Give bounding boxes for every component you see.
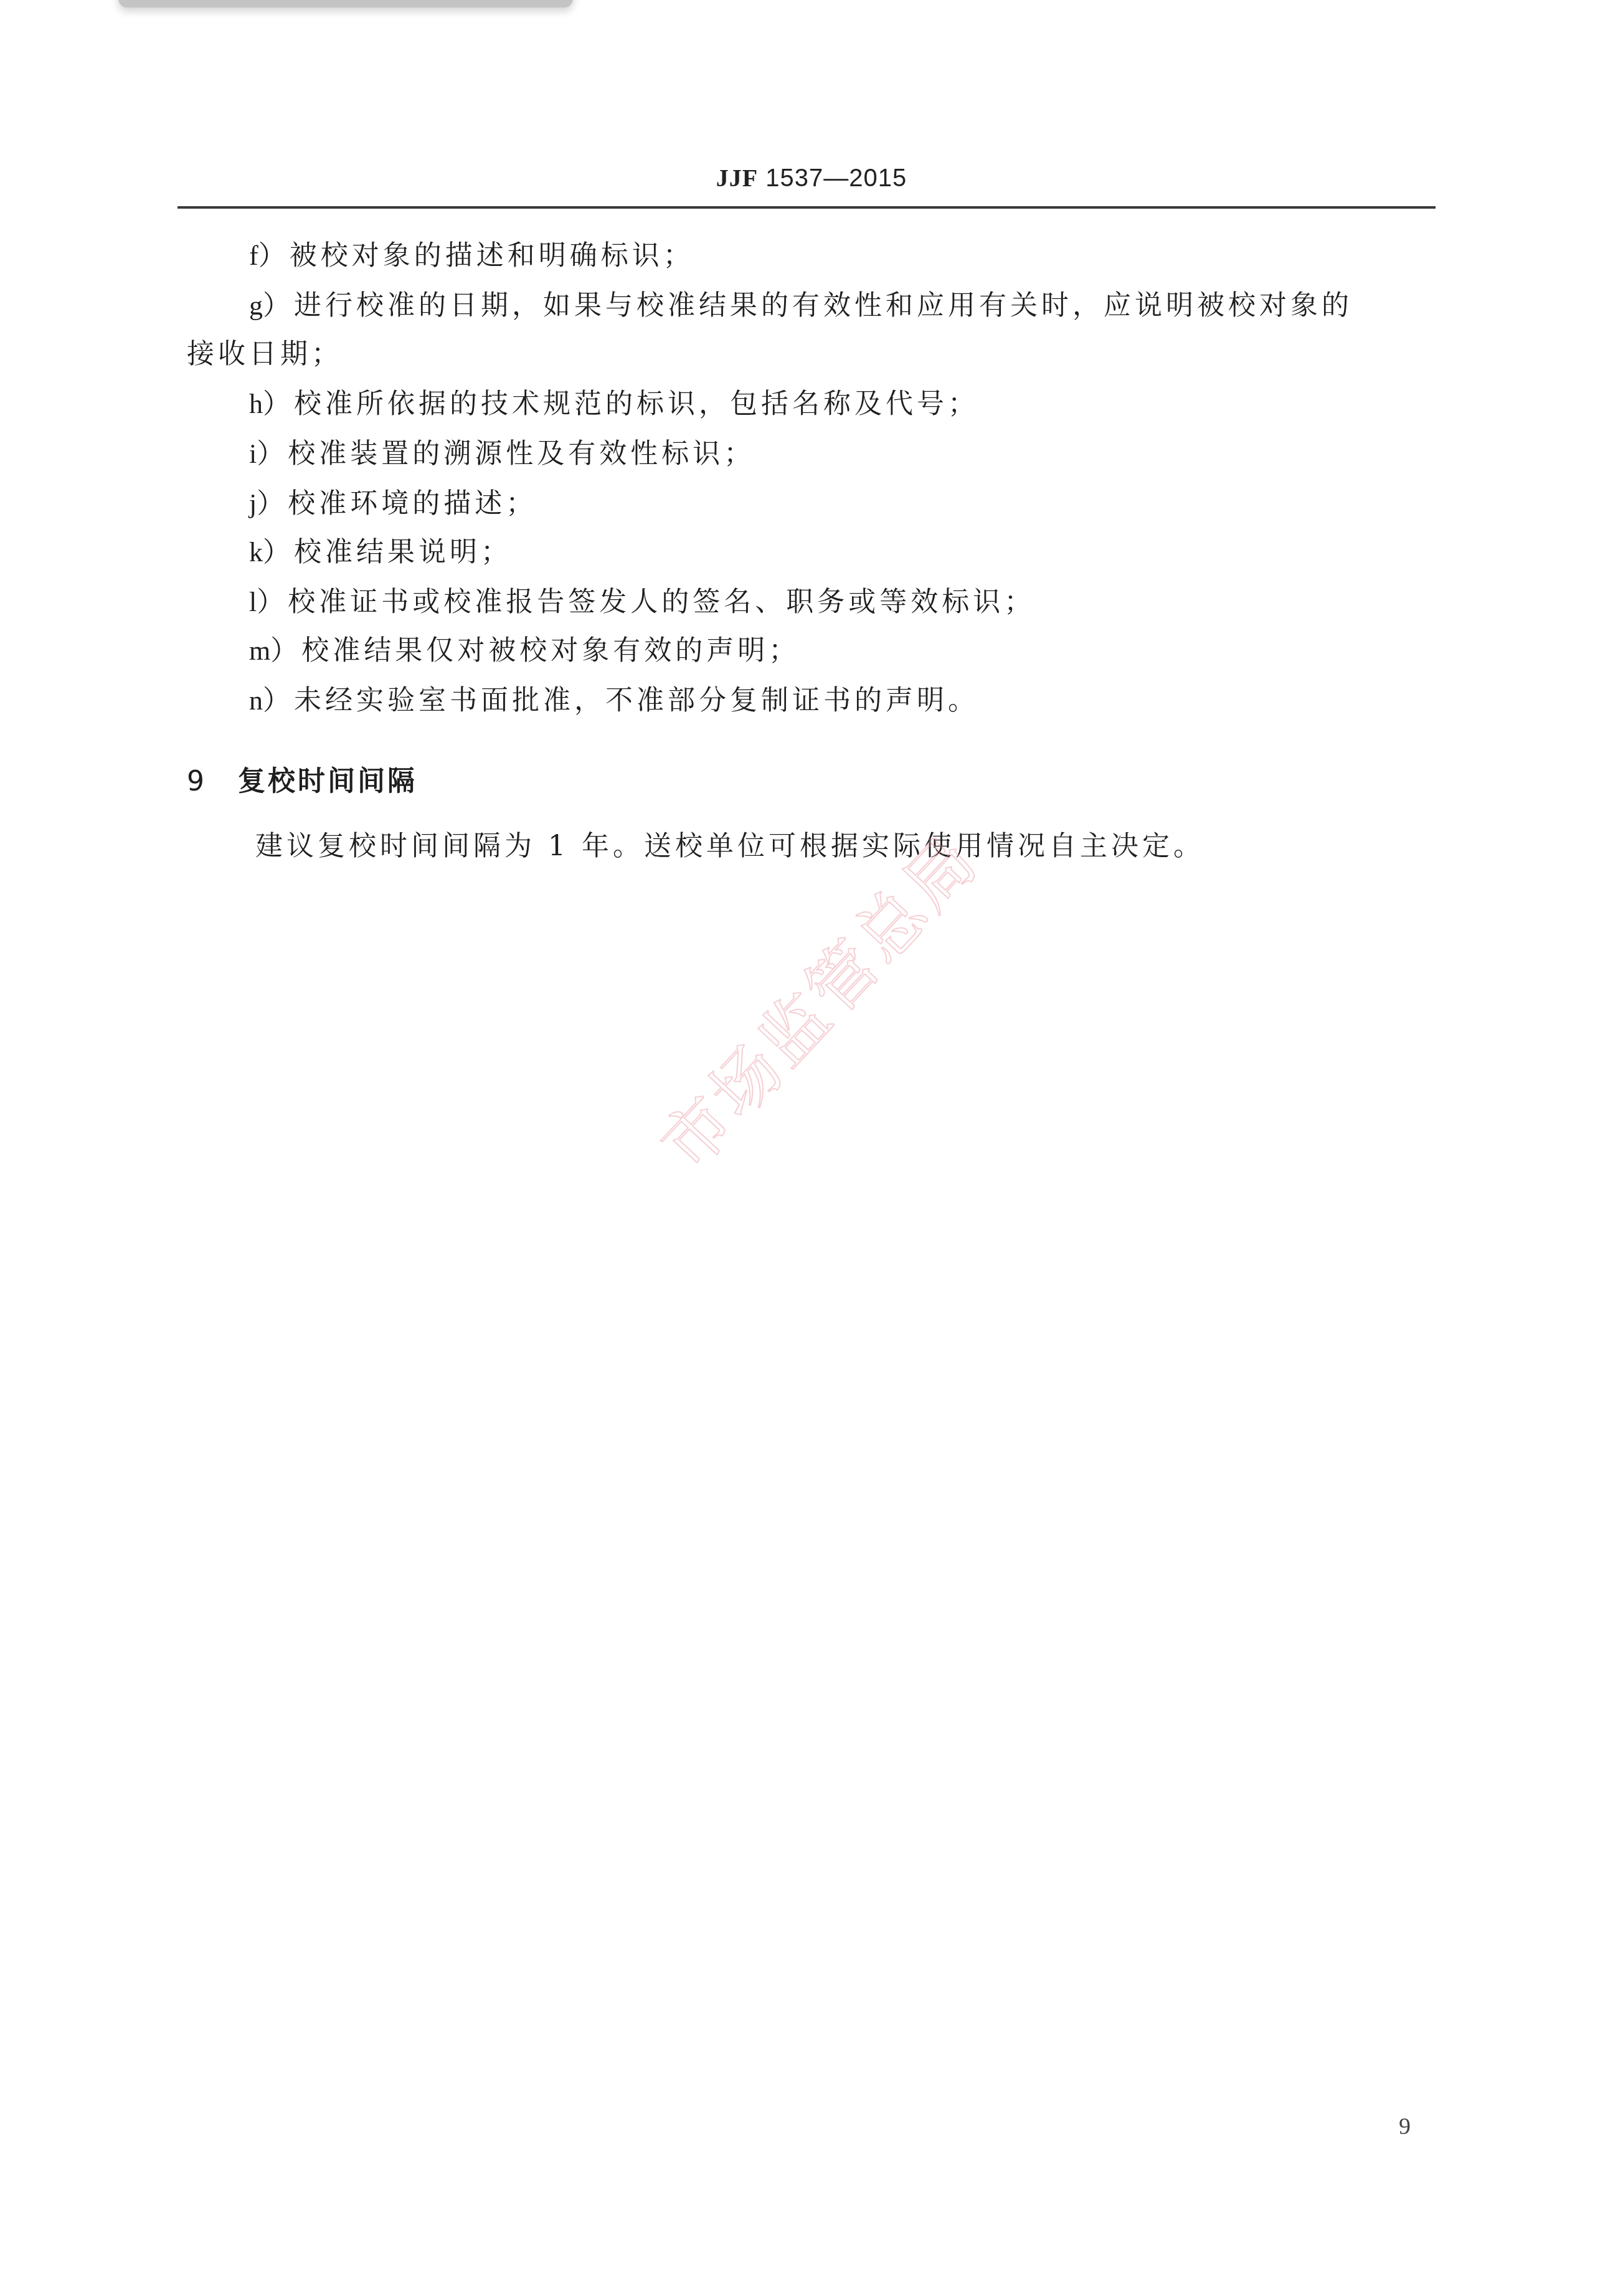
list-item-text: 未经实验室书面批准，不准部分复制证书的声明。 bbox=[294, 685, 979, 716]
section-number: 9 bbox=[187, 766, 207, 797]
standard-number: 1537—2015 bbox=[765, 164, 907, 192]
list-item-text: 被校对象的描述和明确标识； bbox=[290, 240, 694, 272]
list-item-text: 校准证书或校准报告签发人的签名、职务或等效标识； bbox=[288, 586, 1035, 618]
list-item-label: g） bbox=[249, 290, 290, 321]
section-heading: 9复校时间间隔 bbox=[187, 759, 417, 799]
list-item-text: 校准环境的描述； bbox=[288, 488, 537, 519]
list-item-label: n） bbox=[249, 685, 290, 716]
list-item-m: m）校准结果仅对被校对象有效的声明； bbox=[249, 633, 800, 669]
list-item-text: 校准装置的溯源性及有效性标识； bbox=[288, 438, 755, 470]
standard-code-header: JJF 1537—2015 bbox=[0, 163, 1623, 192]
list-item-label: h） bbox=[249, 389, 290, 419]
list-item-g-continuation: 接收日期； bbox=[187, 336, 343, 372]
list-item-l: l）校准证书或校准报告签发人的签名、职务或等效标识； bbox=[249, 584, 1035, 620]
section-title: 复校时间间隔 bbox=[238, 766, 417, 797]
list-item-label: l） bbox=[249, 587, 284, 617]
list-item-label: j） bbox=[249, 488, 284, 519]
section-paragraph: 建议复校时间间隔为 1 年。送校单位可根据实际使用情况自主决定。 bbox=[255, 828, 1204, 865]
list-item-text: 进行校准的日期，如果与校准结果的有效性和应用有关时，应说明被校对象的 bbox=[294, 290, 1353, 321]
list-item-i: i）校准装置的溯源性及有效性标识； bbox=[249, 436, 755, 472]
list-item-text: 校准所依据的技术规范的标识，包括名称及代号； bbox=[294, 388, 979, 420]
list-item-f: f）被校对象的描述和明确标识； bbox=[249, 238, 694, 274]
list-item-text: 校准结果仅对被校对象有效的声明； bbox=[301, 635, 800, 667]
list-item-label: f） bbox=[249, 240, 286, 271]
watermark: 市场监管总局 bbox=[635, 810, 996, 1187]
list-item-g: g）进行校准的日期，如果与校准结果的有效性和应用有关时，应说明被校对象的 bbox=[249, 288, 1353, 324]
list-item-k: k）校准结果说明； bbox=[249, 534, 512, 571]
top-shadow-bar bbox=[118, 0, 573, 7]
list-item-label: i） bbox=[249, 439, 284, 469]
page-number: 9 bbox=[1399, 2113, 1411, 2140]
header-divider bbox=[177, 206, 1436, 209]
standard-prefix: JJF bbox=[716, 164, 758, 192]
list-item-label: k） bbox=[249, 537, 290, 567]
list-item-h: h）校准所依据的技术规范的标识，包括名称及代号； bbox=[249, 386, 979, 422]
list-item-text: 校准结果说明； bbox=[294, 536, 512, 568]
list-item-j: j）校准环境的描述； bbox=[249, 486, 537, 522]
list-item-label: m） bbox=[249, 635, 298, 666]
list-item-n: n）未经实验室书面批准，不准部分复制证书的声明。 bbox=[249, 683, 979, 719]
